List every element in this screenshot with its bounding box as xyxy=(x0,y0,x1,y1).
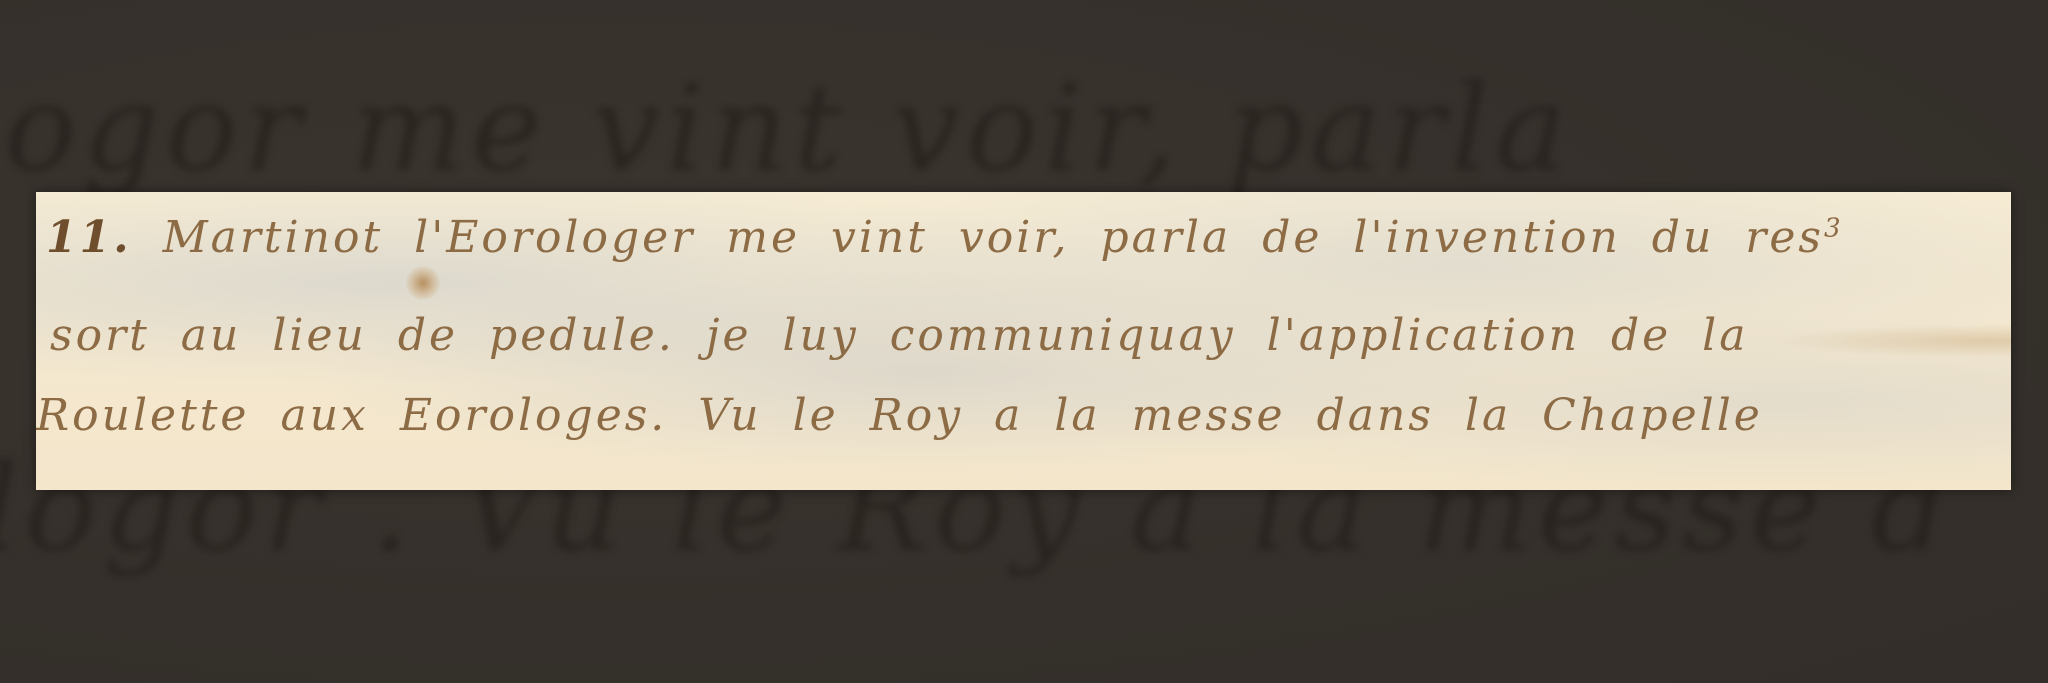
backdrop-text-top: logor me vint voir, parla xyxy=(0,60,1573,199)
line-3-text: Roulette aux Eorologes. Vu le Roy a la m… xyxy=(36,390,1763,441)
line-1-text: Martinot l'Eorologer me vint voir, parla… xyxy=(163,212,1824,263)
ink-stain xyxy=(406,266,440,300)
manuscript-line-3: Roulette aux Eorologes. Vu le Roy a la m… xyxy=(36,390,1763,441)
line-1-superscript: 3 xyxy=(1824,213,1844,243)
line-2-text: sort au lieu de pedule. je luy communiqu… xyxy=(50,310,1748,361)
manuscript-line-2: sort au lieu de pedule. je luy communiqu… xyxy=(50,310,1748,361)
manuscript-strip: 11. Martinot l'Eorologer me vint voir, p… xyxy=(36,192,2011,490)
manuscript-line-1: 11. Martinot l'Eorologer me vint voir, p… xyxy=(46,212,1843,263)
entry-number: 11. xyxy=(46,212,132,263)
